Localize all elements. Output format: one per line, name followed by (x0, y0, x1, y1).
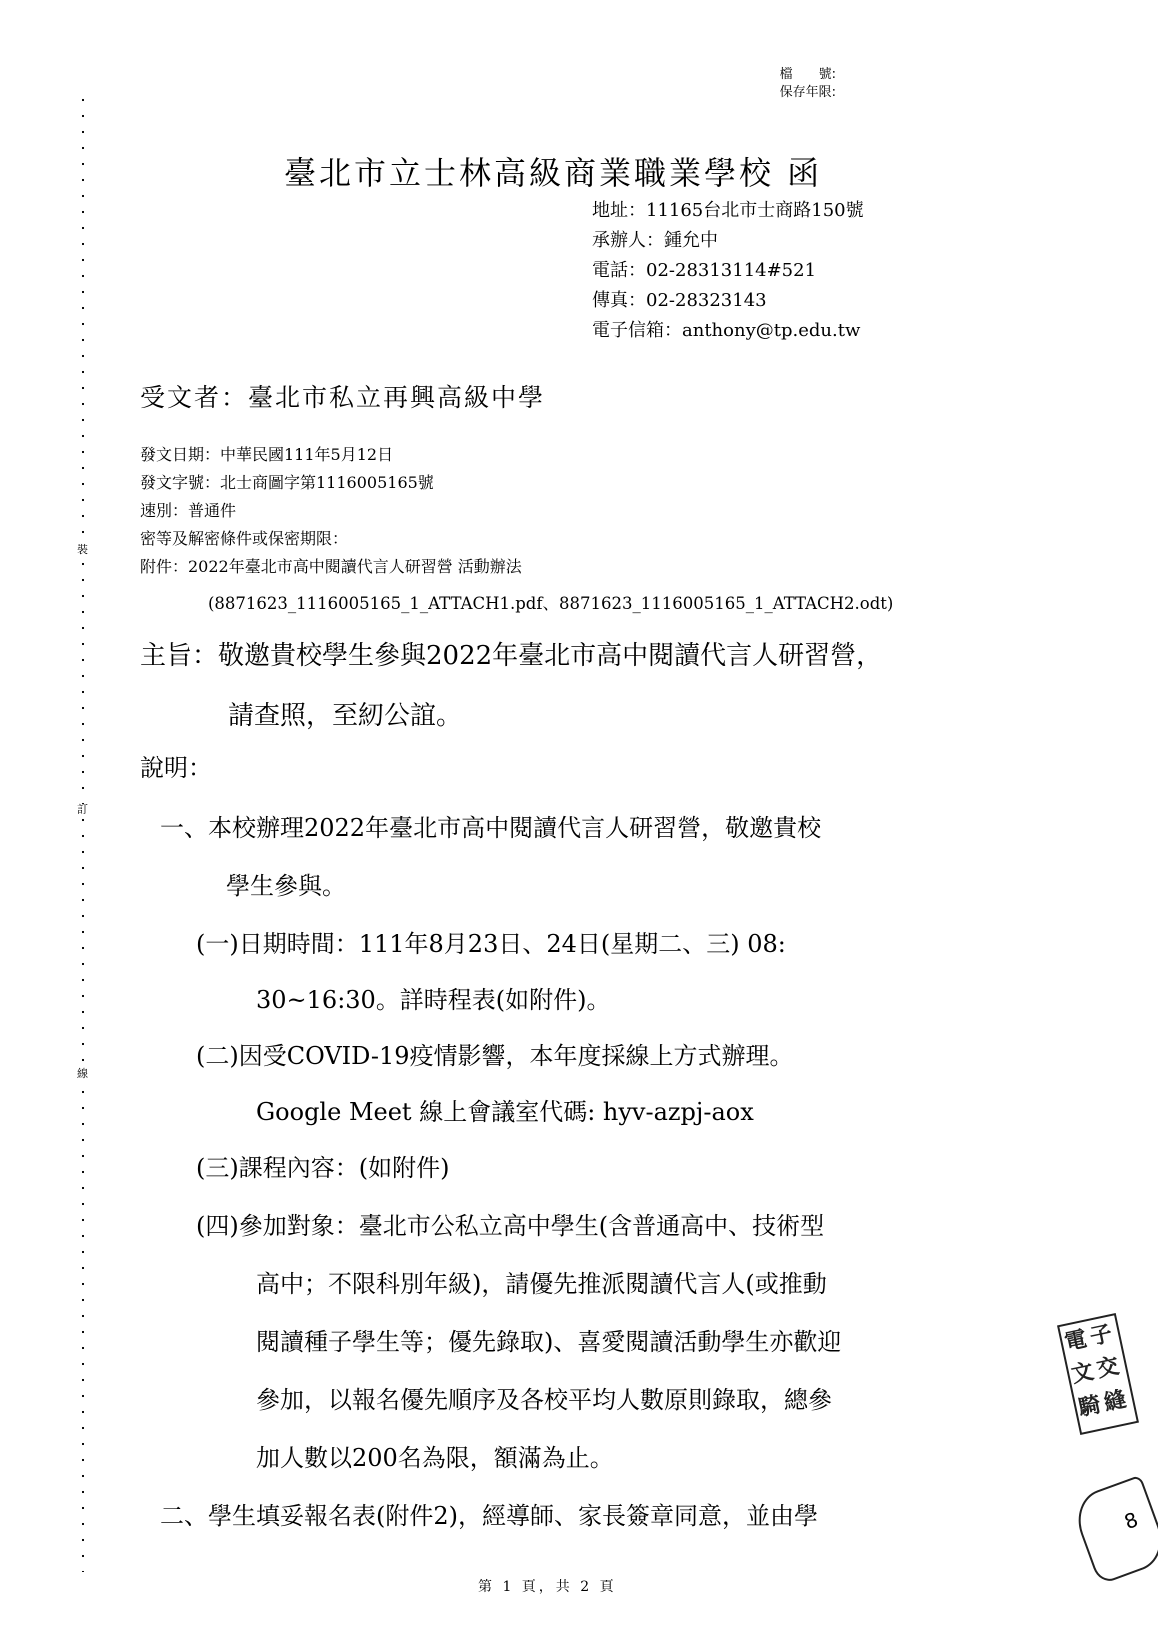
issue-date: 發文日期：中華民國111年5月12日 (140, 444, 393, 466)
archive-retention: 保存年限: (780, 84, 836, 101)
contact-email[interactable]: 電子信箱：anthony@tp.edu.tw (592, 316, 860, 346)
sub-4-line-1: (四)參加對象：臺北市公私立高中學生(含普通高中、技術型 (196, 1210, 824, 1242)
sub-4-line-5: 加人數以200名為限，額滿為止。 (256, 1442, 614, 1474)
explanation-heading: 說明： (140, 752, 212, 784)
stamp-char: 交 (1095, 1352, 1127, 1390)
subject-line-1: 主旨：敬邀貴校學生參與2022年臺北市高中閱讀代言人研習營， (140, 640, 882, 672)
item-1-line-1: 一、本校辦理2022年臺北市高中閱讀代言人研習營，敬邀貴校 (160, 812, 821, 844)
page-number: 第 1 頁，共 2 頁 (478, 1576, 617, 1596)
sub-4-line-4: 參加，以報名優先順序及各校平均人數原則錄取，總參 (256, 1384, 832, 1416)
contact-handler: 承辦人：鍾允中 (592, 226, 718, 256)
contact-fax: 傳真：02-28323143 (592, 286, 767, 316)
secrecy-level: 密等及解密條件或保密期限： (140, 528, 348, 550)
doc-number: 發文字號：北士商圖字第1116005165號 (140, 472, 434, 494)
binding-mark-ding: 訂 (77, 804, 88, 816)
attachment-files[interactable]: (8871623_1116005165_1_ATTACH1.pdf、887162… (208, 590, 893, 614)
sub-2-line-1: (二)因受COVID-19疫情影響，本年度採線上方式辦理。 (196, 1040, 794, 1072)
contact-phone: 電話：02-28313114#521 (592, 256, 816, 286)
sub-3-line-1: (三)課程內容：(如附件) (196, 1152, 449, 1184)
stamp-char: 縫 (1101, 1385, 1133, 1423)
sub-1-line-1: (一)日期時間：111年8月23日、24日(星期二、三) 08: (196, 928, 786, 960)
sub-4-line-2: 高中；不限科別年級)，請優先推派閱讀代言人(或推動 (256, 1268, 827, 1300)
sub-2-line-2: Google Meet 線上會議室代碼: hyv-azpj-aox (256, 1096, 754, 1128)
document-title: 臺北市立士林高級商業職業學校 函 (284, 148, 822, 194)
attachment: 附件：2022年臺北市高中閱讀代言人研習營 活動辦法 (140, 556, 522, 578)
binding-dotted-line (82, 92, 84, 1572)
archive-file-number: 檔 號: (780, 66, 836, 83)
item-1-line-2: 學生參與。 (226, 870, 346, 902)
binding-mark-xian: 線 (77, 1068, 88, 1080)
contact-address: 地址：11165台北市士商路150號 (592, 196, 864, 226)
seal-number: 8 (1121, 1507, 1141, 1534)
partial-seal-icon: 8 (1069, 1475, 1158, 1586)
sub-1-line-2: 30~16:30。詳時程表(如附件)。 (256, 984, 611, 1016)
binding-mark-zhuang: 裝 (77, 544, 88, 556)
speed-category: 速別：普通件 (140, 500, 236, 522)
electronic-seam-stamp: 電 子 文 交 騎 縫 (1057, 1313, 1139, 1435)
subject-line-2: 請查照，至紉公誼。 (228, 700, 462, 732)
stamp-char: 子 (1088, 1320, 1120, 1358)
recipient: 受文者：臺北市私立再興高級中學 (140, 378, 545, 414)
item-2-line-1: 二、學生填妥報名表(附件2)，經導師、家長簽章同意，並由學 (160, 1500, 818, 1532)
sub-4-line-3: 閱讀種子學生等；優先錄取)、喜愛閱讀活動學生亦歡迎 (256, 1326, 841, 1358)
